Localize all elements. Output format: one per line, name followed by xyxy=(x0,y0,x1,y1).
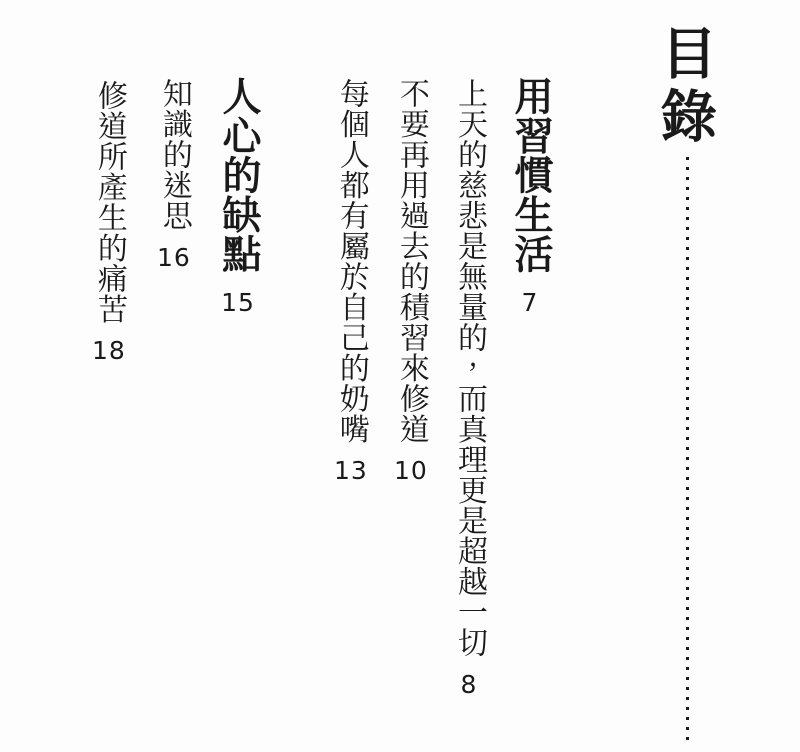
toc-entry-title: 修道所產生的痛苦 xyxy=(93,80,126,324)
toc-page: 目錄 用習慣生活7 上天的慈悲是無量的，而真理更是超越一切8 不要再用過去的積習… xyxy=(0,0,800,752)
toc-entry-item: 上天的慈悲是無量的，而真理更是超越一切8 xyxy=(454,78,484,697)
toc-entry-page-number: 8 xyxy=(461,672,478,697)
toc-entry-page-number: 13 xyxy=(334,458,368,483)
toc-entry-page-number: 16 xyxy=(157,245,191,270)
toc-entry-title: 用習慣生活 xyxy=(509,76,552,274)
toc-entry-page-number: 7 xyxy=(522,290,539,315)
page-title: 目錄 xyxy=(656,24,712,150)
toc-entry-page-number: 10 xyxy=(394,458,428,483)
toc-entry-title: 不要再用過去的積習來修道 xyxy=(395,78,428,444)
toc-entry-title: 人心的缺點 xyxy=(217,76,260,274)
dotted-leader-line xyxy=(686,157,689,747)
toc-entry-page-number: 15 xyxy=(221,290,255,315)
toc-entry-chapter-1: 用習慣生活7 xyxy=(511,76,550,315)
toc-entry-item: 每個人都有屬於自己的奶嘴13 xyxy=(334,78,368,483)
toc-entry-item: 修道所產生的痛苦18 xyxy=(92,80,126,363)
toc-entry-page-number: 18 xyxy=(92,338,126,363)
toc-entry-title: 知識的迷思 xyxy=(158,78,191,231)
toc-entry-title: 每個人都有屬於自己的奶嘴 xyxy=(335,78,368,444)
toc-entry-item: 知識的迷思16 xyxy=(157,78,191,270)
toc-entry-chapter-2: 人心的缺點15 xyxy=(219,76,258,315)
toc-entry-item: 不要再用過去的積習來修道10 xyxy=(394,78,428,483)
toc-entry-title: 上天的慈悲是無量的，而真理更是超越一切 xyxy=(453,78,486,658)
